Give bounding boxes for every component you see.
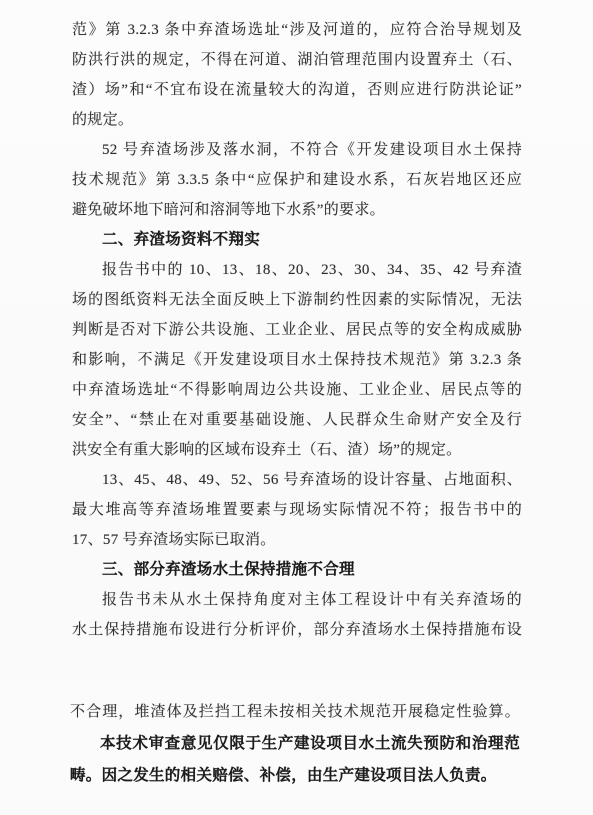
paragraph-line: 和影响，不满足《开发建设项目水土保持技术规范》第 3.2.3 条 [72, 345, 522, 375]
paragraph-line: 报告书中的 10、13、18、20、23、30、34、35、42 号弃渣 [72, 255, 522, 285]
closing-statement-line: 本技术审查意见仅限于生产建设项目水土流失预防和治理范 [70, 728, 520, 760]
paragraph-line: 报告书未从水土保持角度对主体工程设计中有关弃渣场的 [72, 585, 522, 615]
paragraph-line: 17、57 号弃渣场实际已取消。 [72, 525, 522, 555]
paragraph-line: 防洪行洪的规定，不得在河道、湖泊管理范围内设置弃土（石、 [72, 45, 522, 75]
paragraph-line: 洪安全有重大影响的区域布设弃土（石、渣）场”的规定。 [72, 435, 522, 465]
paragraph-line: 避免破坏地下暗河和溶洞等地下水系”的要求。 [72, 195, 522, 225]
paragraph-line: 水土保持措施布设进行分析评价，部分弃渣场水土保持措施布设 [72, 615, 522, 645]
section-heading-3: 三、部分弃渣场水土保持措施不合理 [72, 555, 522, 585]
paragraph-line: 安全”、“禁止在对重要基础设施、人民群众生命财产安全及行 [72, 405, 522, 435]
paragraph-line: 52 号弃渣场涉及落水洞，不符合《开发建设项目水土保持 [72, 135, 522, 165]
paragraph-line: 13、45、48、49、52、56 号弃渣场的设计容量、占地面积、 [72, 465, 522, 495]
paragraph-line: 不合理，堆渣体及拦挡工程未按相关技术规范开展稳定性验算。 [70, 696, 520, 728]
paragraph-line: 场的图纸资料无法全面反映上下游制约性因素的实际情况，无法 [72, 285, 522, 315]
paragraph-line: 技术规范》第 3.3.5 条中“应保护和建设水系，石灰岩地区还应 [72, 165, 522, 195]
paragraph-line: 的规定。 [72, 105, 522, 135]
document-body-lower: 不合理，堆渣体及拦挡工程未按相关技术规范开展稳定性验算。 本技术审查意见仅限于生… [70, 696, 520, 792]
section-heading-2: 二、弃渣场资料不翔实 [72, 225, 522, 255]
closing-statement-line: 畴。因之发生的相关赔偿、补偿，由生产建设项目法人负责。 [70, 760, 520, 792]
scanned-document-page: 范》第 3.2.3 条中弃渣场选址“涉及河道的，应符合治导规划及 防洪行洪的规定… [0, 0, 593, 815]
paragraph-line: 最大堆高等弃渣场堆置要素与现场实际情况不符；报告书中的 [72, 495, 522, 525]
paragraph-line: 中弃渣场选址“不得影响周边公共设施、工业企业、居民点等的 [72, 375, 522, 405]
paragraph-line: 渣）场”和“不宜布设在流量较大的沟道，否则应进行防洪论证” [72, 75, 522, 105]
paragraph-line: 判断是否对下游公共设施、工业企业、居民点等的安全构成威胁 [72, 315, 522, 345]
paragraph-line: 范》第 3.2.3 条中弃渣场选址“涉及河道的，应符合治导规划及 [72, 15, 522, 45]
document-body-upper: 范》第 3.2.3 条中弃渣场选址“涉及河道的，应符合治导规划及 防洪行洪的规定… [72, 15, 522, 645]
